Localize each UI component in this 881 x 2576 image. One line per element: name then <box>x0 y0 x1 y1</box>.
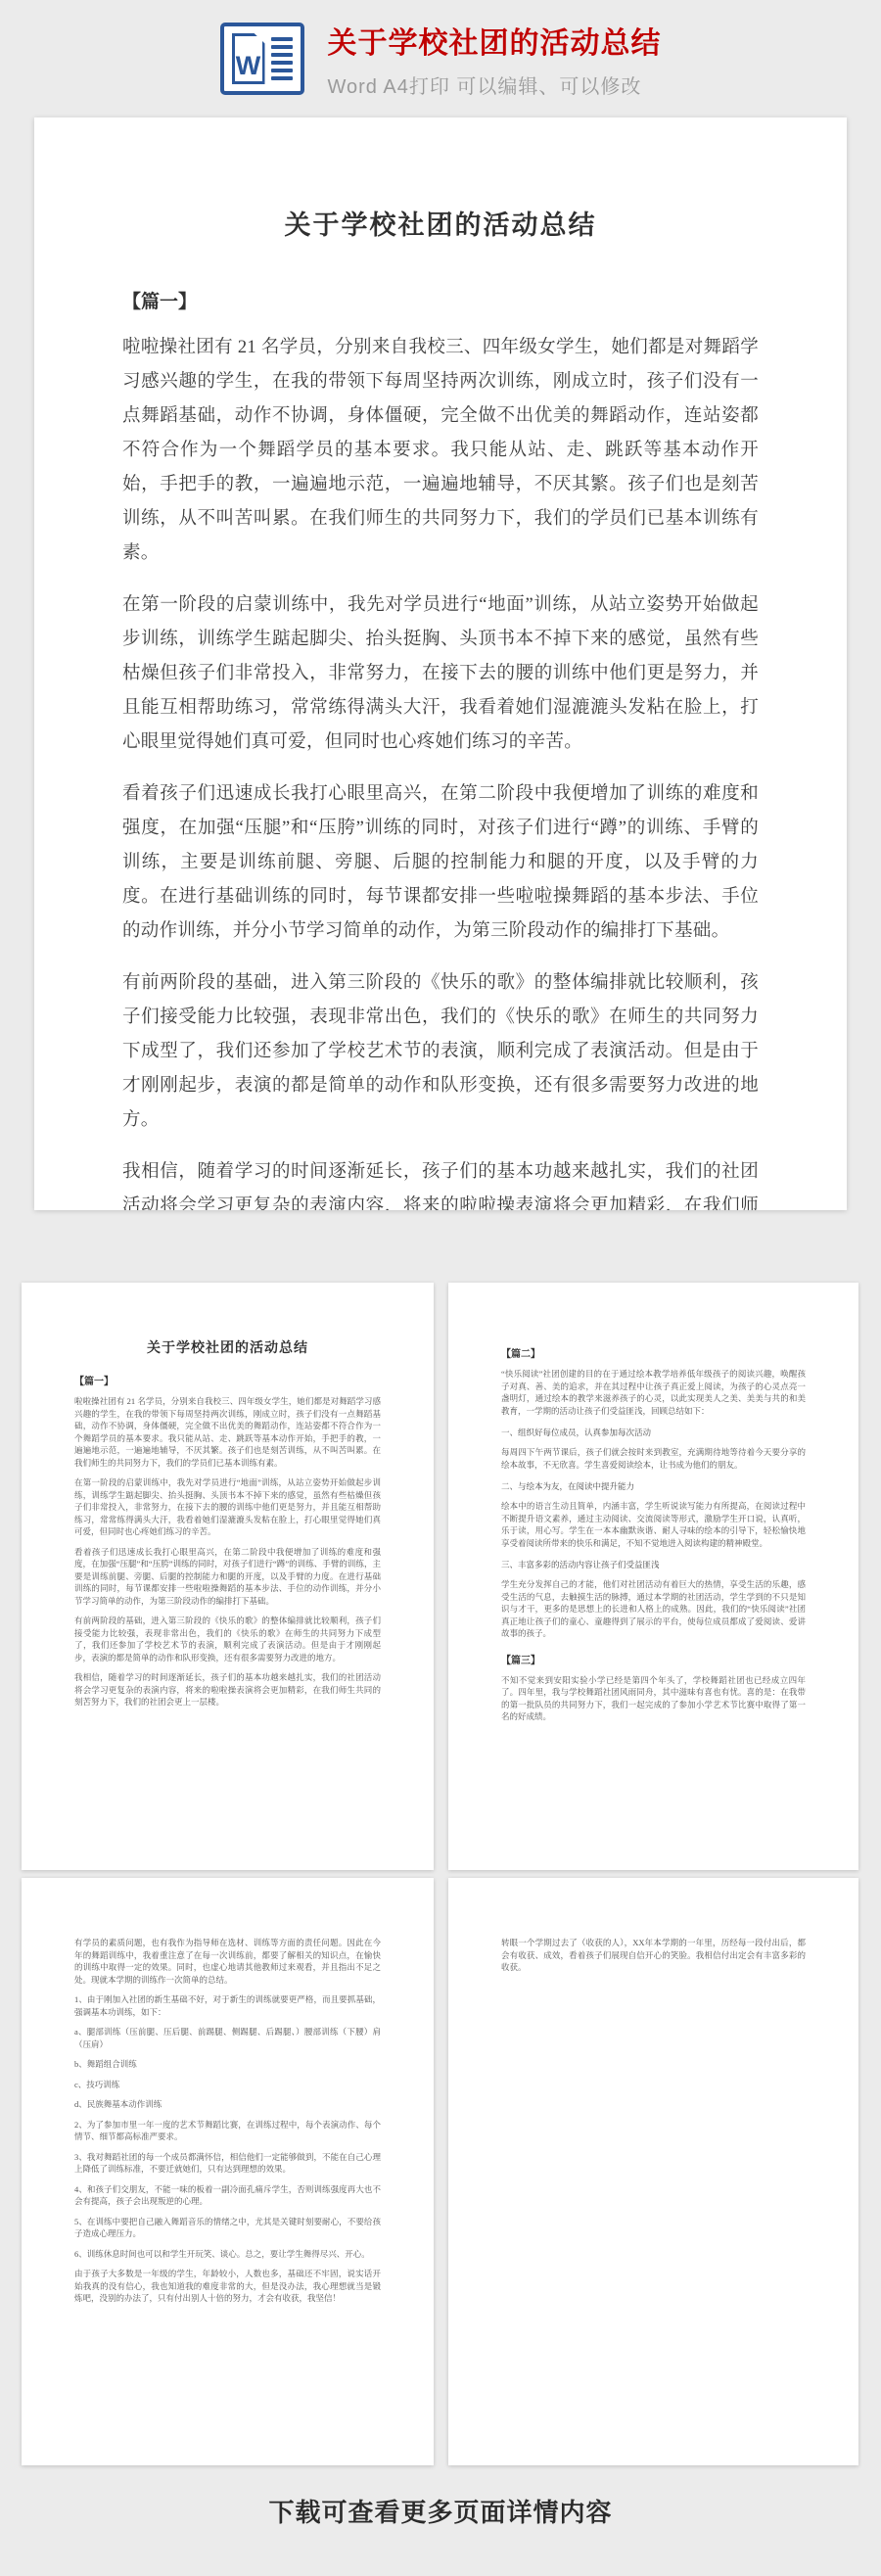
thumb-p: b、舞蹈组合训练 <box>74 2058 381 2071</box>
thumb-p: 有学员的素质问题，也有我作为指导师在选材、训练等方面的责任问题。因此在今年的舞蹈… <box>74 1937 381 1986</box>
thumb-p: 学生充分发挥自己的才能，他们对社团活动有着巨大的热情，享受生活的乐趣，感受生活的… <box>501 1578 806 1640</box>
doc-title: 关于学校社团的活动总结 <box>122 204 759 242</box>
thumb-p: 在第一阶段的启蒙训练中，我先对学员进行“地面”训练，从站立姿势开始做起步训练，训… <box>74 1476 381 1538</box>
footer-label: 下载可查看更多页面详情内容 <box>268 2493 612 2529</box>
thumb-p: 由于孩子大多数是一年级的学生，年龄较小，人数也多，基础还不牢固，说实话开始我真的… <box>74 2268 381 2305</box>
page-title: 关于学校社团的活动总结 <box>328 19 662 62</box>
footer: 下载可查看更多页面详情内容 <box>0 2465 881 2556</box>
thumb-label: 【篇一】 <box>74 1373 381 1387</box>
thumbnail-grid: 关于学校社团的活动总结【篇一】啦啦操社团有 21 名学员，分别来自我校三、四年级… <box>0 1283 881 2465</box>
thumb-p: 6、训练休息时间也可以和学生开玩笑、谈心。总之，要让学生舞得尽兴、开心。 <box>74 2248 381 2261</box>
word-file-icon: W <box>220 23 304 95</box>
doc-paragraph: 啦啦操社团有 21 名学员，分别来自我校三、四年级女学生，她们都是对舞蹈学习感兴… <box>122 331 759 571</box>
doc-section-label: 【篇一】 <box>122 287 759 313</box>
thumb-p: 我相信，随着学习的时间逐渐延长，孩子们的基本功越来越扎实，我们的社团活动将会学习… <box>74 1671 381 1709</box>
word-doc-lines-icon <box>271 33 293 84</box>
thumb-p: 2、为了参加市里一年一度的艺术节舞蹈比赛，在训练过程中，每个表演动作、每个情节、… <box>74 2119 381 2143</box>
thumb-p: 转眼一个学期过去了（收获的人），XX年本学期的一年里，历经每一段付出后，都会有收… <box>501 1937 806 1974</box>
thumb-p: a、腿部训练（压前腿、压后腿、前踢腿、侧踢腿、后踢腿、）腰部训练（下腰）肩（压肩… <box>74 2026 381 2050</box>
thumb-p: 1、由于刚加入社团的新生基础不好，对于新生的训练就要更严格，而且要抓基础，强调基… <box>74 1993 381 2018</box>
thumb-p: 啦啦操社团有 21 名学员，分别来自我校三、四年级女学生，她们都是对舞蹈学习感兴… <box>74 1395 381 1469</box>
doc-body: 啦啦操社团有 21 名学员，分别来自我校三、四年级女学生，她们都是对舞蹈学习感兴… <box>122 331 759 1210</box>
word-doc-page-icon: W <box>232 33 265 84</box>
thumb-p: 5、在训练中要把自己融入舞蹈音乐的情绪之中，尤其是关键时刻要耐心，不要给孩子造成… <box>74 2216 381 2240</box>
thumb-h: 一、组织好每位成员，认真参加每次活动 <box>501 1427 806 1438</box>
doc-paragraph: 有前两阶段的基础，进入第三阶段的《快乐的歌》的整体编排就比较顺利，孩子们接受能力… <box>122 966 759 1138</box>
page-subtitle: Word A4打印 可以编辑、可以修改 <box>328 70 662 99</box>
thumb-p: 4、和孩子们交朋友，不能一味的板着一副冷面孔痛斥学生，否则训练强度再大也不会有提… <box>74 2183 381 2208</box>
document-preview-page-5[interactable]: 转眼一个学期过去了（收获的人），XX年本学期的一年里，历经每一段付出后，都会有收… <box>448 1878 858 2465</box>
document-preview-page-4[interactable]: 有学员的素质问题，也有我作为指导师在选材、训练等方面的责任问题。因此在今年的舞蹈… <box>22 1878 434 2465</box>
thumb-h: 二、与绘本为友，在阅读中提升能力 <box>501 1480 806 1492</box>
thumb-title: 关于学校社团的活动总结 <box>74 1337 381 1357</box>
document-preview-page-2[interactable]: 关于学校社团的活动总结【篇一】啦啦操社团有 21 名学员，分别来自我校三、四年级… <box>22 1283 434 1870</box>
thumb-p: 有前两阶段的基础，进入第三阶段的《快乐的歌》的整体编排就比较顺利，孩子们接受能力… <box>74 1615 381 1663</box>
header-text: 关于学校社团的活动总结 Word A4打印 可以编辑、可以修改 <box>328 19 662 99</box>
thumb-p: 不知不觉来到安阳实验小学已经是第四个年头了，学校舞蹈社团也已经成立四年了。四年里… <box>501 1674 806 1723</box>
document-preview-page-3[interactable]: 【篇二】“快乐阅读”社团创建的目的在于通过绘本教学培养低年级孩子的阅读兴趣，唤醒… <box>448 1283 858 1870</box>
thumb-h: 三、丰富多彩的活动内容让孩子们受益匪浅 <box>501 1559 806 1570</box>
thumb-p: 3、我对舞蹈社团的每一个成员都满怀信，相信他们一定能够做到，不能在自己心理上降低… <box>74 2151 381 2176</box>
doc-paragraph: 我相信，随着学习的时间逐渐延长，孩子们的基本功越来越扎实，我们的社团活动将会学习… <box>122 1155 759 1210</box>
thumb-label: 【篇三】 <box>501 1652 806 1666</box>
header-inner: W 关于学校社团的活动总结 Word A4打印 可以编辑、可以修改 <box>220 19 662 99</box>
thumb-p: d、民族舞基本动作训练 <box>74 2098 381 2111</box>
thumb-p: c、技巧训练 <box>74 2079 381 2091</box>
thumb-label: 【篇二】 <box>501 1345 806 1360</box>
document-preview-page-1[interactable]: 关于学校社团的活动总结 【篇一】 啦啦操社团有 21 名学员，分别来自我校三、四… <box>34 117 847 1210</box>
thumb-p: 每周四下午两节课后，孩子们就会按时来到教室，充满期待地等待着今天要分享的绘本故事… <box>501 1446 806 1471</box>
header: W 关于学校社团的活动总结 Word A4打印 可以编辑、可以修改 <box>0 0 881 98</box>
doc-paragraph: 在第一阶段的启蒙训练中，我先对学员进行“地面”训练，从站立姿势开始做起步训练，训… <box>122 588 759 760</box>
doc-paragraph: 看着孩子们迅速成长我打心眼里高兴，在第二阶段中我便增加了训练的难度和强度，在加强… <box>122 777 759 949</box>
thumb-p: “快乐阅读”社团创建的目的在于通过绘本教学培养低年级孩子的阅读兴趣，唤醒孩子对真… <box>501 1368 806 1417</box>
thumb-p: 绘本中的语言生动且简单，内涵丰富，学生听说读写能力有所提高，在阅读过程中不断提升… <box>501 1500 806 1549</box>
word-w-letter: W <box>236 53 260 81</box>
thumb-p: 看着孩子们迅速成长我打心眼里高兴，在第二阶段中我便增加了训练的难度和强度，在加强… <box>74 1546 381 1608</box>
